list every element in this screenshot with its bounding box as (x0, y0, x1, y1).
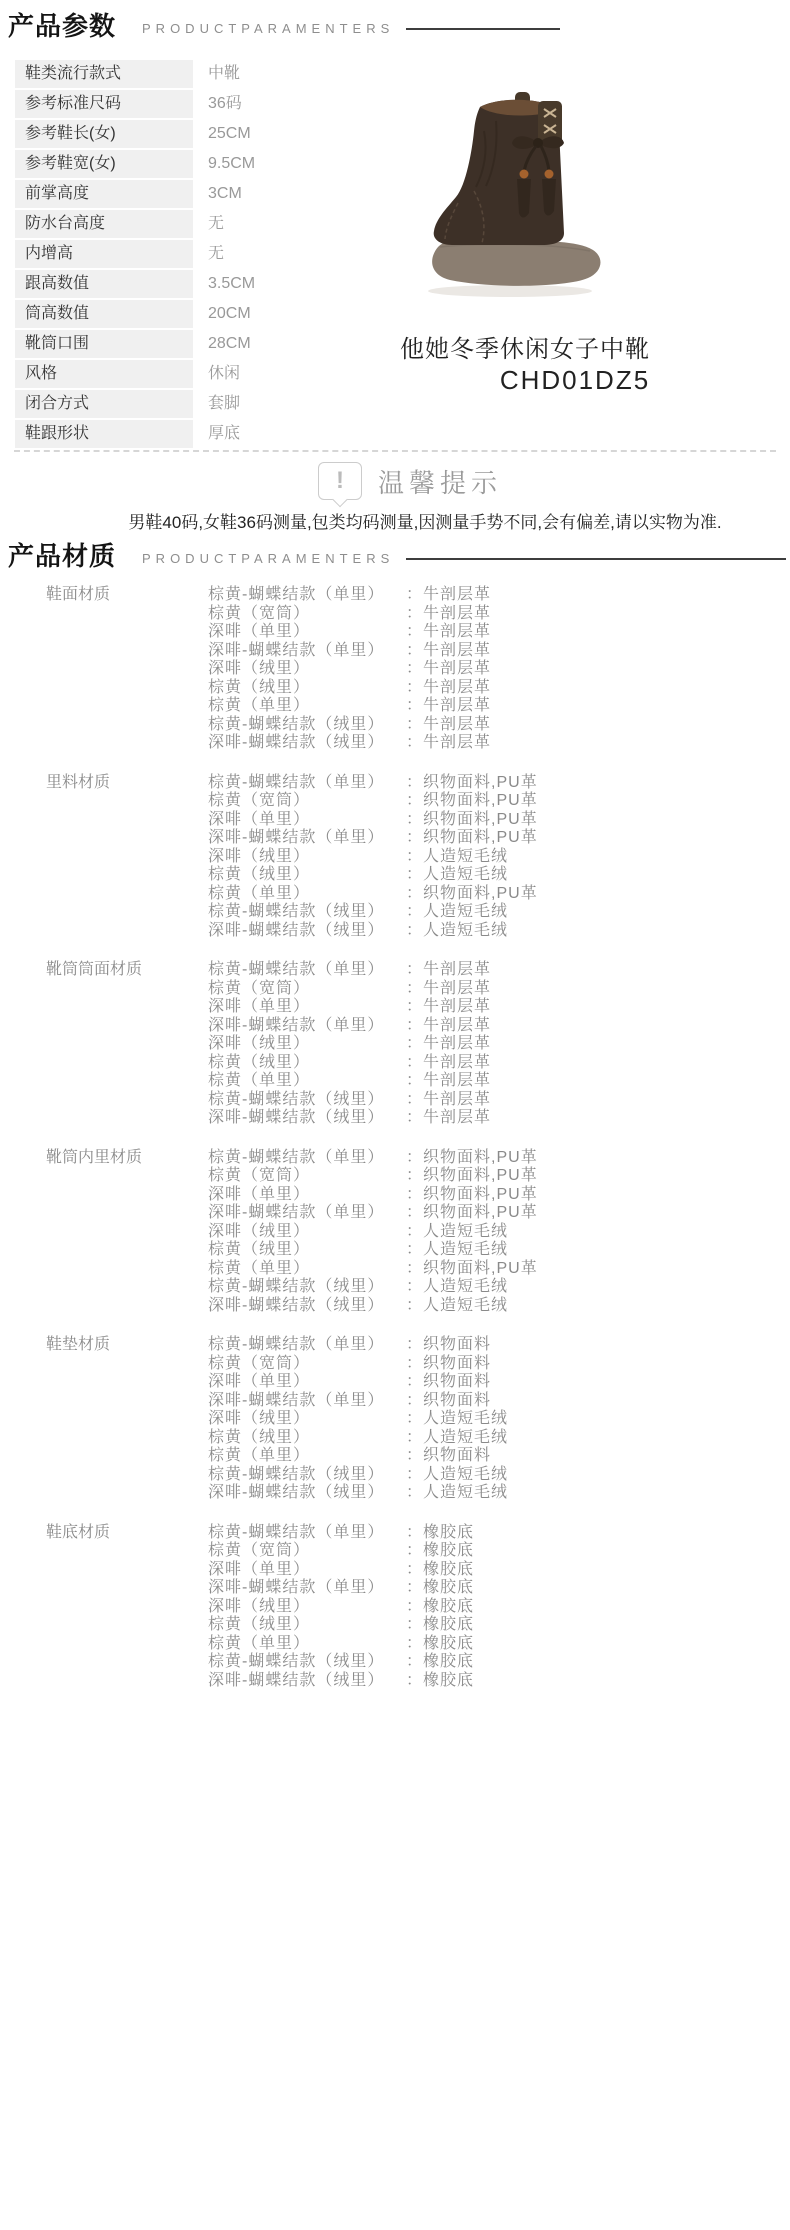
material-colon: ： (406, 998, 423, 1017)
material-value: 织物面料,PU革 (423, 1204, 538, 1223)
material-value: 织物面料 (423, 1373, 491, 1392)
material-entries: 棕黄-蝴蝶结款（单里）：牛剖层革棕黄（宽筒）：牛剖层革深啡（单里）：牛剖层革深啡… (208, 586, 776, 753)
material-entry: 棕黄-蝴蝶结款（单里）：织物面料,PU革 (208, 774, 776, 793)
material-entry: 深啡-蝴蝶结款（单里）：牛剖层革 (208, 642, 776, 661)
param-label: 内增高 (15, 240, 193, 268)
material-variant-name: 棕黄（单里） (208, 697, 406, 716)
param-label: 鞋跟形状 (15, 420, 193, 448)
material-colon: ： (406, 1373, 423, 1392)
header-rule (406, 28, 560, 30)
material-variant-name: 棕黄（绒里） (208, 1054, 406, 1073)
product-detail-page: 产品参数 PRODUCTPARAMENTERS 鞋类流行款式中靴参考标准尺码36… (0, 0, 790, 2230)
material-value: 牛剖层革 (423, 605, 491, 624)
material-colon: ： (406, 660, 423, 679)
param-label: 风格 (15, 360, 193, 388)
material-value: 织物面料,PU革 (423, 1149, 538, 1168)
material-entry: 棕黄（宽筒）：牛剖层革 (208, 605, 776, 624)
material-value: 牛剖层革 (423, 642, 491, 661)
material-entry: 棕黄（单里）：牛剖层革 (208, 697, 776, 716)
material-value: 织物面料,PU革 (423, 885, 538, 904)
material-colon: ： (406, 1466, 423, 1485)
material-entry: 棕黄（单里）：织物面料,PU革 (208, 1260, 776, 1279)
material-colon: ： (406, 1429, 423, 1448)
material-group-label: 鞋底材质 (46, 1524, 208, 1691)
material-variant-name: 棕黄（绒里） (208, 1241, 406, 1260)
material-colon: ： (406, 697, 423, 716)
param-label: 鞋类流行款式 (15, 60, 193, 88)
material-group-label: 靴筒内里材质 (46, 1149, 208, 1316)
material-entry: 棕黄（宽筒）：橡胶底 (208, 1542, 776, 1561)
material-entry: 深啡（单里）：牛剖层革 (208, 623, 776, 642)
material-variant-name: 深啡-蝴蝶结款（单里） (208, 1392, 406, 1411)
material-variant-name: 棕黄（绒里） (208, 866, 406, 885)
param-label: 防水台高度 (15, 210, 193, 238)
param-value: 无 (208, 210, 224, 238)
param-value: 休闲 (208, 360, 240, 388)
material-entry: 棕黄（单里）：织物面料 (208, 1447, 776, 1466)
param-value: 套脚 (208, 390, 240, 418)
material-variant-name: 深啡-蝴蝶结款（单里） (208, 829, 406, 848)
material-colon: ： (406, 1035, 423, 1054)
material-colon: ： (406, 885, 423, 904)
material-colon: ： (406, 1392, 423, 1411)
material-entry: 棕黄（单里）：织物面料,PU革 (208, 885, 776, 904)
material-variant-name: 深啡-蝴蝶结款（绒里） (208, 1484, 406, 1503)
material-colon: ： (406, 1653, 423, 1672)
material-value: 牛剖层革 (423, 697, 491, 716)
material-value: 人造短毛绒 (423, 866, 508, 885)
param-label: 参考鞋长(女) (15, 120, 193, 148)
exclamation-glyph: ! (336, 469, 344, 493)
material-value: 橡胶底 (423, 1524, 474, 1543)
material-colon: ： (406, 774, 423, 793)
material-value: 牛剖层革 (423, 660, 491, 679)
material-value: 人造短毛绒 (423, 1297, 508, 1316)
material-entry: 深啡（绒里）：牛剖层革 (208, 660, 776, 679)
material-variant-name: 棕黄（绒里） (208, 1616, 406, 1635)
material-value: 牛剖层革 (423, 679, 491, 698)
material-colon: ： (406, 1598, 423, 1617)
material-entry: 棕黄（绒里）：橡胶底 (208, 1616, 776, 1635)
params-section-subtitle: PRODUCTPARAMENTERS (142, 21, 394, 36)
material-entry: 棕黄-蝴蝶结款（绒里）：人造短毛绒 (208, 1466, 776, 1485)
material-variant-name: 棕黄-蝴蝶结款（单里） (208, 774, 406, 793)
material-entry: 深啡-蝴蝶结款（绒里）：人造短毛绒 (208, 922, 776, 941)
material-group: 靴筒内里材质棕黄-蝴蝶结款（单里）：织物面料,PU革棕黄（宽筒）：织物面料,PU… (46, 1149, 776, 1316)
material-colon: ： (406, 903, 423, 922)
material-variant-name: 棕黄-蝴蝶结款（单里） (208, 961, 406, 980)
material-value: 橡胶底 (423, 1542, 474, 1561)
material-colon: ： (406, 1167, 423, 1186)
material-variant-name: 棕黄（宽筒） (208, 1355, 406, 1374)
material-entry: 棕黄-蝴蝶结款（单里）：织物面料,PU革 (208, 1149, 776, 1168)
material-value: 牛剖层革 (423, 734, 491, 753)
material-value: 橡胶底 (423, 1561, 474, 1580)
material-group: 鞋面材质棕黄-蝴蝶结款（单里）：牛剖层革棕黄（宽筒）：牛剖层革深啡（单里）：牛剖… (46, 586, 776, 753)
material-entry: 棕黄-蝴蝶结款（单里）：牛剖层革 (208, 586, 776, 605)
header-rule (406, 558, 786, 560)
material-variant-name: 棕黄（单里） (208, 1447, 406, 1466)
material-value: 人造短毛绒 (423, 922, 508, 941)
material-colon: ： (406, 1278, 423, 1297)
material-variant-name: 棕黄-蝴蝶结款（单里） (208, 1336, 406, 1355)
material-variant-name: 深啡-蝴蝶结款（单里） (208, 1204, 406, 1223)
material-entry: 棕黄（绒里）：人造短毛绒 (208, 866, 776, 885)
material-entry: 深啡-蝴蝶结款（绒里）：牛剖层革 (208, 734, 776, 753)
materials-section-title: 产品材质 (8, 536, 116, 573)
material-colon: ： (406, 1223, 423, 1242)
material-colon: ： (406, 1542, 423, 1561)
material-entry: 棕黄-蝴蝶结款（绒里）：人造短毛绒 (208, 903, 776, 922)
material-value: 牛剖层革 (423, 1017, 491, 1036)
material-value: 橡胶底 (423, 1598, 474, 1617)
material-variant-name: 棕黄-蝴蝶结款（绒里） (208, 903, 406, 922)
material-value: 人造短毛绒 (423, 1466, 508, 1485)
material-value: 人造短毛绒 (423, 1278, 508, 1297)
material-colon: ： (406, 1017, 423, 1036)
material-group-label: 鞋面材质 (46, 586, 208, 753)
material-colon: ： (406, 848, 423, 867)
material-entries: 棕黄-蝴蝶结款（单里）：牛剖层革棕黄（宽筒）：牛剖层革深啡（单里）：牛剖层革深啡… (208, 961, 776, 1128)
material-group: 里料材质棕黄-蝴蝶结款（单里）：织物面料,PU革棕黄（宽筒）：织物面料,PU革深… (46, 774, 776, 941)
material-colon: ： (406, 1297, 423, 1316)
material-colon: ： (406, 1260, 423, 1279)
material-entry: 深啡-蝴蝶结款（单里）：织物面料,PU革 (208, 1204, 776, 1223)
params-section-header: 产品参数 PRODUCTPARAMENTERS (8, 6, 560, 43)
material-variant-name: 深啡-蝴蝶结款（单里） (208, 1579, 406, 1598)
material-entries: 棕黄-蝴蝶结款（单里）：织物面料,PU革棕黄（宽筒）：织物面料,PU革深啡（单里… (208, 1149, 776, 1316)
material-value: 人造短毛绒 (423, 848, 508, 867)
material-variant-name: 棕黄（单里） (208, 1072, 406, 1091)
material-entry: 棕黄-蝴蝶结款（绒里）：橡胶底 (208, 1653, 776, 1672)
material-colon: ： (406, 1672, 423, 1691)
material-group-label: 鞋垫材质 (46, 1336, 208, 1503)
material-variant-name: 深啡-蝴蝶结款（绒里） (208, 734, 406, 753)
material-variant-name: 棕黄（宽筒） (208, 980, 406, 999)
material-value: 织物面料 (423, 1447, 491, 1466)
material-entry: 棕黄（宽筒）：织物面料,PU革 (208, 1167, 776, 1186)
material-colon: ： (406, 1091, 423, 1110)
material-entry: 棕黄-蝴蝶结款（单里）：织物面料 (208, 1336, 776, 1355)
tips-header: ! 温馨提示 (0, 462, 790, 500)
material-value: 织物面料,PU革 (423, 774, 538, 793)
material-entry: 深啡（绒里）：橡胶底 (208, 1598, 776, 1617)
material-value: 橡胶底 (423, 1579, 474, 1598)
material-entry: 深啡-蝴蝶结款（单里）：牛剖层革 (208, 1017, 776, 1036)
material-variant-name: 深啡（单里） (208, 1373, 406, 1392)
material-variant-name: 棕黄-蝴蝶结款（单里） (208, 586, 406, 605)
material-variant-name: 棕黄（宽筒） (208, 605, 406, 624)
material-entry: 棕黄（单里）：橡胶底 (208, 1635, 776, 1654)
material-value: 织物面料,PU革 (423, 1167, 538, 1186)
material-value: 橡胶底 (423, 1672, 474, 1691)
product-name: 他她冬季休闲女子中靴 (330, 329, 720, 364)
material-value: 牛剖层革 (423, 1091, 491, 1110)
material-entry: 深啡（绒里）：人造短毛绒 (208, 848, 776, 867)
material-colon: ： (406, 829, 423, 848)
param-label: 闭合方式 (15, 390, 193, 418)
dashed-divider (14, 450, 776, 452)
material-variant-name: 深啡-蝴蝶结款（单里） (208, 1017, 406, 1036)
param-label: 筒高数值 (15, 300, 193, 328)
param-value: 3CM (208, 180, 242, 208)
material-colon: ： (406, 716, 423, 735)
material-entry: 棕黄（单里）：牛剖层革 (208, 1072, 776, 1091)
material-colon: ： (406, 1561, 423, 1580)
material-value: 牛剖层革 (423, 1109, 491, 1128)
material-colon: ： (406, 1186, 423, 1205)
material-variant-name: 棕黄（单里） (208, 885, 406, 904)
material-colon: ： (406, 1484, 423, 1503)
material-colon: ： (406, 792, 423, 811)
material-group-label: 靴筒筒面材质 (46, 961, 208, 1128)
material-variant-name: 深啡（绒里） (208, 848, 406, 867)
material-variant-name: 棕黄（宽筒） (208, 792, 406, 811)
material-variant-name: 深啡（绒里） (208, 660, 406, 679)
material-value: 织物面料,PU革 (423, 1260, 538, 1279)
param-label: 靴筒口围 (15, 330, 193, 358)
material-variant-name: 深啡-蝴蝶结款（单里） (208, 642, 406, 661)
material-entries: 棕黄-蝴蝶结款（单里）：织物面料棕黄（宽筒）：织物面料深啡（单里）：织物面料深啡… (208, 1336, 776, 1503)
param-value: 中靴 (208, 60, 240, 88)
material-entries: 棕黄-蝴蝶结款（单里）：织物面料,PU革棕黄（宽筒）：织物面料,PU革深啡（单里… (208, 774, 776, 941)
material-value: 人造短毛绒 (423, 903, 508, 922)
material-entry: 棕黄（绒里）：人造短毛绒 (208, 1429, 776, 1448)
material-value: 牛剖层革 (423, 1054, 491, 1073)
material-colon: ： (406, 1149, 423, 1168)
material-entry: 深啡（单里）：织物面料,PU革 (208, 811, 776, 830)
material-variant-name: 棕黄（宽筒） (208, 1542, 406, 1561)
material-colon: ： (406, 866, 423, 885)
material-entry: 深啡-蝴蝶结款（绒里）：人造短毛绒 (208, 1297, 776, 1316)
material-variant-name: 深啡（绒里） (208, 1410, 406, 1429)
param-row: 筒高数值20CM (15, 300, 575, 328)
material-value: 织物面料 (423, 1336, 491, 1355)
param-label: 参考标准尺码 (15, 90, 193, 118)
material-entry: 深啡-蝴蝶结款（绒里）：牛剖层革 (208, 1109, 776, 1128)
material-value: 牛剖层革 (423, 586, 491, 605)
material-variant-name: 棕黄-蝴蝶结款（绒里） (208, 1653, 406, 1672)
param-label: 跟高数值 (15, 270, 193, 298)
material-colon: ： (406, 811, 423, 830)
material-variant-name: 棕黄（宽筒） (208, 1167, 406, 1186)
material-variant-name: 深啡（单里） (208, 1186, 406, 1205)
param-value: 20CM (208, 300, 251, 328)
material-colon: ： (406, 1635, 423, 1654)
material-value: 人造短毛绒 (423, 1484, 508, 1503)
materials-section-subtitle: PRODUCTPARAMENTERS (142, 551, 394, 566)
material-variant-name: 棕黄-蝴蝶结款（单里） (208, 1149, 406, 1168)
material-value: 橡胶底 (423, 1635, 474, 1654)
material-value: 织物面料,PU革 (423, 1186, 538, 1205)
material-entries: 棕黄-蝴蝶结款（单里）：橡胶底棕黄（宽筒）：橡胶底深啡（单里）：橡胶底深啡-蝴蝶… (208, 1524, 776, 1691)
material-group: 鞋底材质棕黄-蝴蝶结款（单里）：橡胶底棕黄（宽筒）：橡胶底深啡（单里）：橡胶底深… (46, 1524, 776, 1691)
material-colon: ： (406, 1072, 423, 1091)
material-variant-name: 棕黄（绒里） (208, 679, 406, 698)
material-colon: ： (406, 980, 423, 999)
material-variant-name: 棕黄（绒里） (208, 1429, 406, 1448)
param-value: 厚底 (208, 420, 240, 448)
param-value: 25CM (208, 120, 251, 148)
material-entry: 深啡-蝴蝶结款（单里）：织物面料,PU革 (208, 829, 776, 848)
material-entry: 棕黄-蝴蝶结款（单里）：牛剖层革 (208, 961, 776, 980)
material-variant-name: 棕黄（单里） (208, 1260, 406, 1279)
material-entry: 棕黄-蝴蝶结款（单里）：橡胶底 (208, 1524, 776, 1543)
material-entry: 棕黄（宽筒）：织物面料 (208, 1355, 776, 1374)
material-colon: ： (406, 1109, 423, 1128)
material-variant-name: 深啡-蝴蝶结款（绒里） (208, 1672, 406, 1691)
material-entry: 棕黄-蝴蝶结款（绒里）：牛剖层革 (208, 1091, 776, 1110)
material-value: 牛剖层革 (423, 1035, 491, 1054)
material-value: 人造短毛绒 (423, 1429, 508, 1448)
material-value: 人造短毛绒 (423, 1241, 508, 1260)
material-value: 织物面料,PU革 (423, 811, 538, 830)
tips-text: 男鞋40码,女鞋36码测量,包类均码测量,因测量手势不同,会有偏差,请以实物为准… (80, 508, 770, 533)
material-variant-name: 深啡（单里） (208, 998, 406, 1017)
material-variant-name: 深啡（绒里） (208, 1223, 406, 1242)
product-model: CHD01DZ5 (430, 365, 720, 396)
material-entry: 深啡-蝴蝶结款（单里）：织物面料 (208, 1392, 776, 1411)
material-entry: 深啡（绒里）：牛剖层革 (208, 1035, 776, 1054)
material-colon: ： (406, 586, 423, 605)
materials-list: 鞋面材质棕黄-蝴蝶结款（单里）：牛剖层革棕黄（宽筒）：牛剖层革深啡（单里）：牛剖… (46, 586, 776, 1711)
material-variant-name: 深啡（单里） (208, 811, 406, 830)
material-entry: 棕黄（宽筒）：牛剖层革 (208, 980, 776, 999)
material-value: 牛剖层革 (423, 998, 491, 1017)
param-value: 3.5CM (208, 270, 255, 298)
exclamation-bubble-icon: ! (318, 462, 362, 500)
param-label: 前掌高度 (15, 180, 193, 208)
material-entry: 棕黄（绒里）：牛剖层革 (208, 679, 776, 698)
material-entry: 棕黄（宽筒）：织物面料,PU革 (208, 792, 776, 811)
boot-illustration (418, 91, 613, 298)
material-colon: ： (406, 922, 423, 941)
material-colon: ： (406, 605, 423, 624)
material-value: 牛剖层革 (423, 716, 491, 735)
tips-title: 温馨提示 (378, 463, 502, 500)
material-colon: ： (406, 1054, 423, 1073)
material-group-label: 里料材质 (46, 774, 208, 941)
material-value: 牛剖层革 (423, 623, 491, 642)
material-entry: 深啡（单里）：橡胶底 (208, 1561, 776, 1580)
material-variant-name: 棕黄-蝴蝶结款（绒里） (208, 1278, 406, 1297)
product-image (418, 91, 613, 298)
materials-section-header: 产品材质 PRODUCTPARAMENTERS (8, 536, 786, 573)
param-value: 无 (208, 240, 224, 268)
material-variant-name: 棕黄-蝴蝶结款（单里） (208, 1524, 406, 1543)
param-value: 9.5CM (208, 150, 255, 178)
material-colon: ： (406, 734, 423, 753)
material-value: 织物面料,PU革 (423, 829, 538, 848)
param-value: 36码 (208, 90, 242, 118)
material-variant-name: 深啡-蝴蝶结款（绒里） (208, 1109, 406, 1128)
params-section-title: 产品参数 (8, 6, 116, 43)
material-value: 织物面料 (423, 1392, 491, 1411)
material-colon: ： (406, 1524, 423, 1543)
material-entry: 深啡（单里）：牛剖层革 (208, 998, 776, 1017)
material-colon: ： (406, 623, 423, 642)
material-colon: ： (406, 961, 423, 980)
material-colon: ： (406, 1355, 423, 1374)
material-variant-name: 深啡（单里） (208, 623, 406, 642)
material-entry: 棕黄（绒里）：牛剖层革 (208, 1054, 776, 1073)
material-colon: ： (406, 1336, 423, 1355)
material-colon: ： (406, 1241, 423, 1260)
param-label: 参考鞋宽(女) (15, 150, 193, 178)
material-variant-name: 深啡（单里） (208, 1561, 406, 1580)
material-variant-name: 深啡（绒里） (208, 1598, 406, 1617)
material-variant-name: 棕黄-蝴蝶结款（绒里） (208, 716, 406, 735)
material-value: 人造短毛绒 (423, 1223, 508, 1242)
material-entry: 棕黄（绒里）：人造短毛绒 (208, 1241, 776, 1260)
material-entry: 深啡-蝴蝶结款（单里）：橡胶底 (208, 1579, 776, 1598)
material-variant-name: 棕黄-蝴蝶结款（绒里） (208, 1466, 406, 1485)
material-variant-name: 棕黄-蝴蝶结款（绒里） (208, 1091, 406, 1110)
material-entry: 深啡-蝴蝶结款（绒里）：橡胶底 (208, 1672, 776, 1691)
material-entry: 深啡（单里）：织物面料 (208, 1373, 776, 1392)
material-group: 鞋垫材质棕黄-蝴蝶结款（单里）：织物面料棕黄（宽筒）：织物面料深啡（单里）：织物… (46, 1336, 776, 1503)
material-entry: 深啡（绒里）：人造短毛绒 (208, 1410, 776, 1429)
material-variant-name: 棕黄（单里） (208, 1635, 406, 1654)
param-value: 28CM (208, 330, 251, 358)
material-colon: ： (406, 1410, 423, 1429)
material-value: 人造短毛绒 (423, 1410, 508, 1429)
bubble-notch (332, 492, 348, 508)
material-variant-name: 深啡（绒里） (208, 1035, 406, 1054)
material-value: 牛剖层革 (423, 961, 491, 980)
material-value: 橡胶底 (423, 1653, 474, 1672)
param-row: 鞋跟形状厚底 (15, 420, 575, 448)
material-colon: ： (406, 1579, 423, 1598)
material-value: 橡胶底 (423, 1616, 474, 1635)
material-value: 织物面料,PU革 (423, 792, 538, 811)
param-row: 鞋类流行款式中靴 (15, 60, 575, 88)
material-value: 牛剖层革 (423, 1072, 491, 1091)
material-colon: ： (406, 642, 423, 661)
material-colon: ： (406, 1447, 423, 1466)
material-entry: 深啡（绒里）：人造短毛绒 (208, 1223, 776, 1242)
material-value: 织物面料 (423, 1355, 491, 1374)
material-colon: ： (406, 679, 423, 698)
material-variant-name: 深啡-蝴蝶结款（绒里） (208, 1297, 406, 1316)
material-colon: ： (406, 1204, 423, 1223)
material-entry: 棕黄-蝴蝶结款（绒里）：人造短毛绒 (208, 1278, 776, 1297)
material-entry: 深啡（单里）：织物面料,PU革 (208, 1186, 776, 1205)
material-colon: ： (406, 1616, 423, 1635)
material-group: 靴筒筒面材质棕黄-蝴蝶结款（单里）：牛剖层革棕黄（宽筒）：牛剖层革深啡（单里）：… (46, 961, 776, 1128)
material-entry: 棕黄-蝴蝶结款（绒里）：牛剖层革 (208, 716, 776, 735)
material-variant-name: 深啡-蝴蝶结款（绒里） (208, 922, 406, 941)
material-entry: 深啡-蝴蝶结款（绒里）：人造短毛绒 (208, 1484, 776, 1503)
material-value: 牛剖层革 (423, 980, 491, 999)
